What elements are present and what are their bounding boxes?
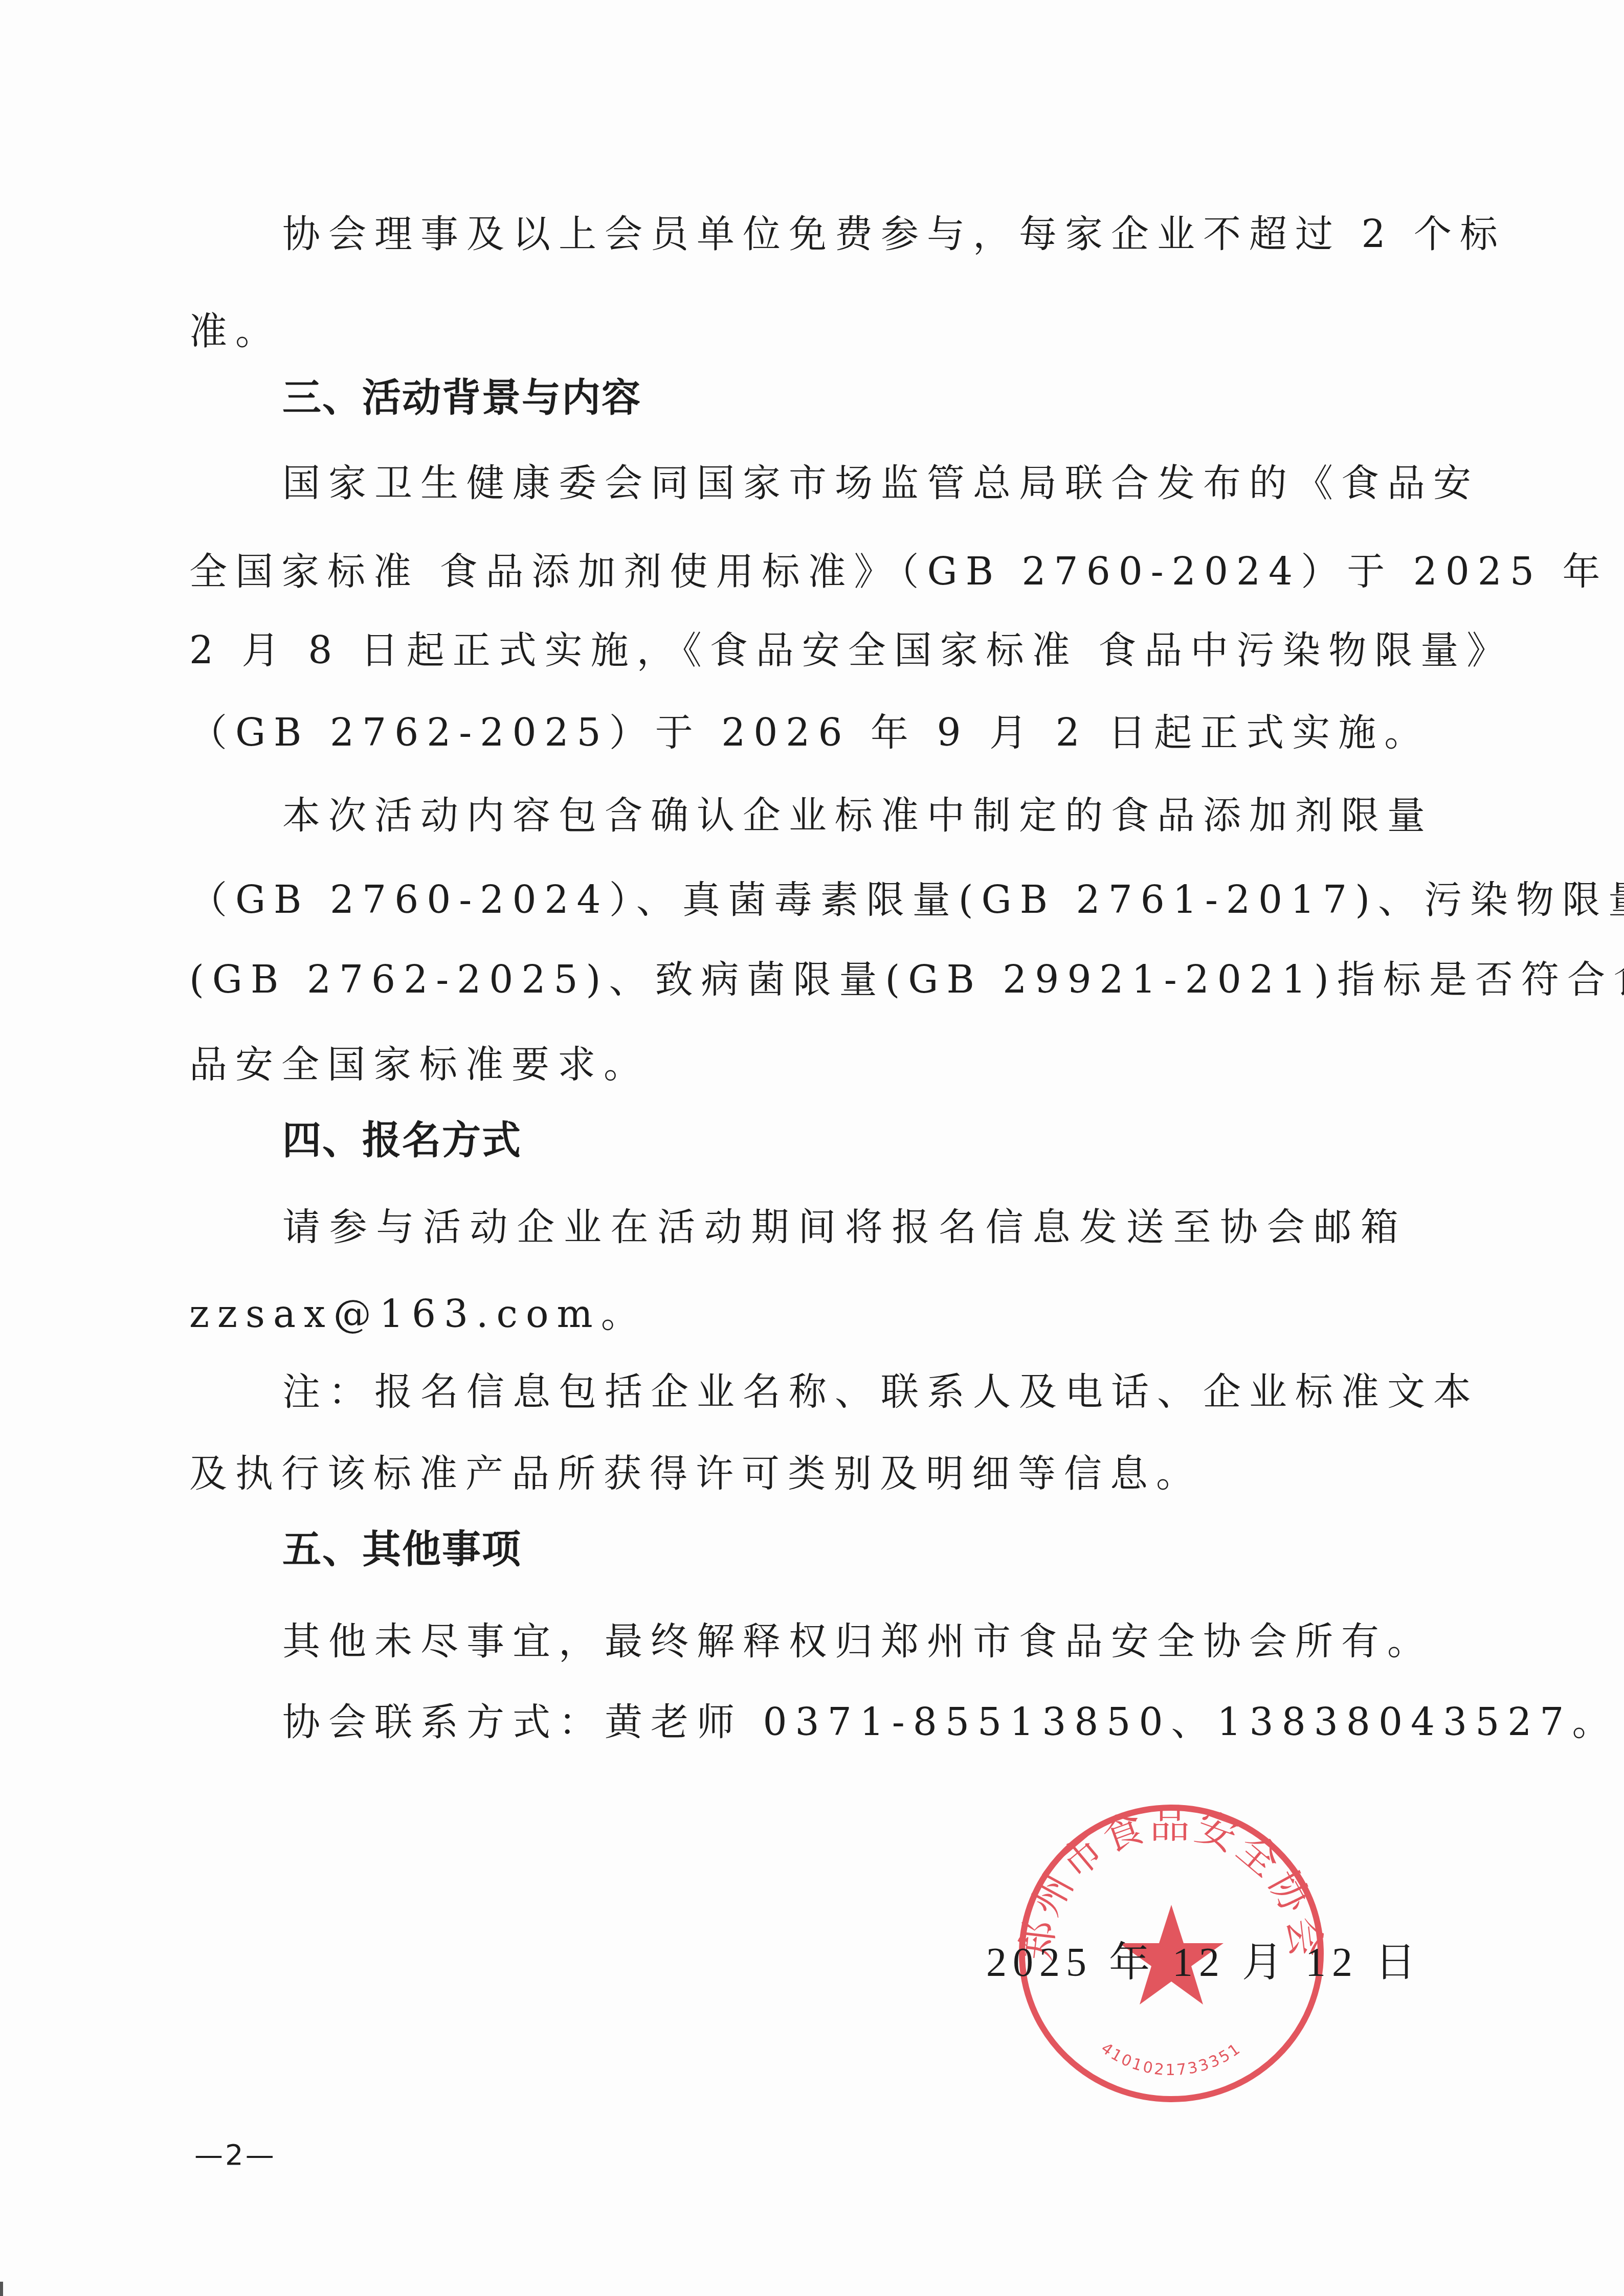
body-line: 品安全国家标准要求。 [189, 1039, 1407, 1090]
issue-date: 2025 年 12 月 12 日 [986, 1937, 1422, 1988]
body-line: 请参与活动企业在活动期间将报名信息发送至协会邮箱 [282, 1202, 1407, 1253]
body-line: 其他未尽事宜，最终解释权归郑州市食品安全协会所有。 [282, 1616, 1407, 1667]
document-page: 协会理事及以上会员单位免费参与，每家企业不超过 2 个标 准。 三、活动背景与内… [0, 0, 1624, 2296]
svg-text:4101021733351: 4101021733351 [1098, 2039, 1245, 2079]
contact-line: 协会联系方式：黄老师 0371-85513850、13838043527。 [282, 1697, 1407, 1748]
body-line: 准。 [189, 306, 1407, 357]
body-line: (GB 2762-2025)、致病菌限量(GB 29921-2021)指标是否符… [189, 954, 1407, 1005]
body-line: 及执行该标准产品所获得许可类别及明细等信息。 [189, 1448, 1407, 1499]
email-address: zzsax@163.com。 [189, 1289, 1407, 1340]
body-line: 2 月 8 日起正式实施，《食品安全国家标准 食品中污染物限量》 [189, 625, 1407, 676]
seal-code: 4101021733351 [1098, 2039, 1245, 2079]
scan-edge-mark [0, 2282, 3, 2296]
body-line: （GB 2760-2024）、真菌毒素限量(GB 2761-2017)、污染物限… [189, 874, 1407, 926]
body-line: 国家卫生健康委会同国家市场监管总局联合发布的《食品安 [282, 458, 1407, 509]
page-number: —2— [194, 2137, 276, 2173]
body-line: 全国家标准 食品添加剂使用标准》（GB 2760-2024）于 2025 年 [189, 546, 1407, 597]
body-line: 协会理事及以上会员单位免费参与，每家企业不超过 2 个标 [282, 209, 1407, 260]
body-line: 本次活动内容包含确认企业标准中制定的食品添加剂限量 [282, 790, 1407, 841]
section-heading-5: 五、其他事项 [282, 1524, 1407, 1575]
body-line: 注：报名信息包括企业名称、联系人及电话、企业标准文本 [282, 1366, 1407, 1417]
body-line: （GB 2762-2025）于 2026 年 9 月 2 日起正式实施。 [189, 707, 1407, 758]
section-heading-3: 三、活动背景与内容 [282, 372, 1407, 423]
section-heading-4: 四、报名方式 [282, 1115, 1407, 1166]
